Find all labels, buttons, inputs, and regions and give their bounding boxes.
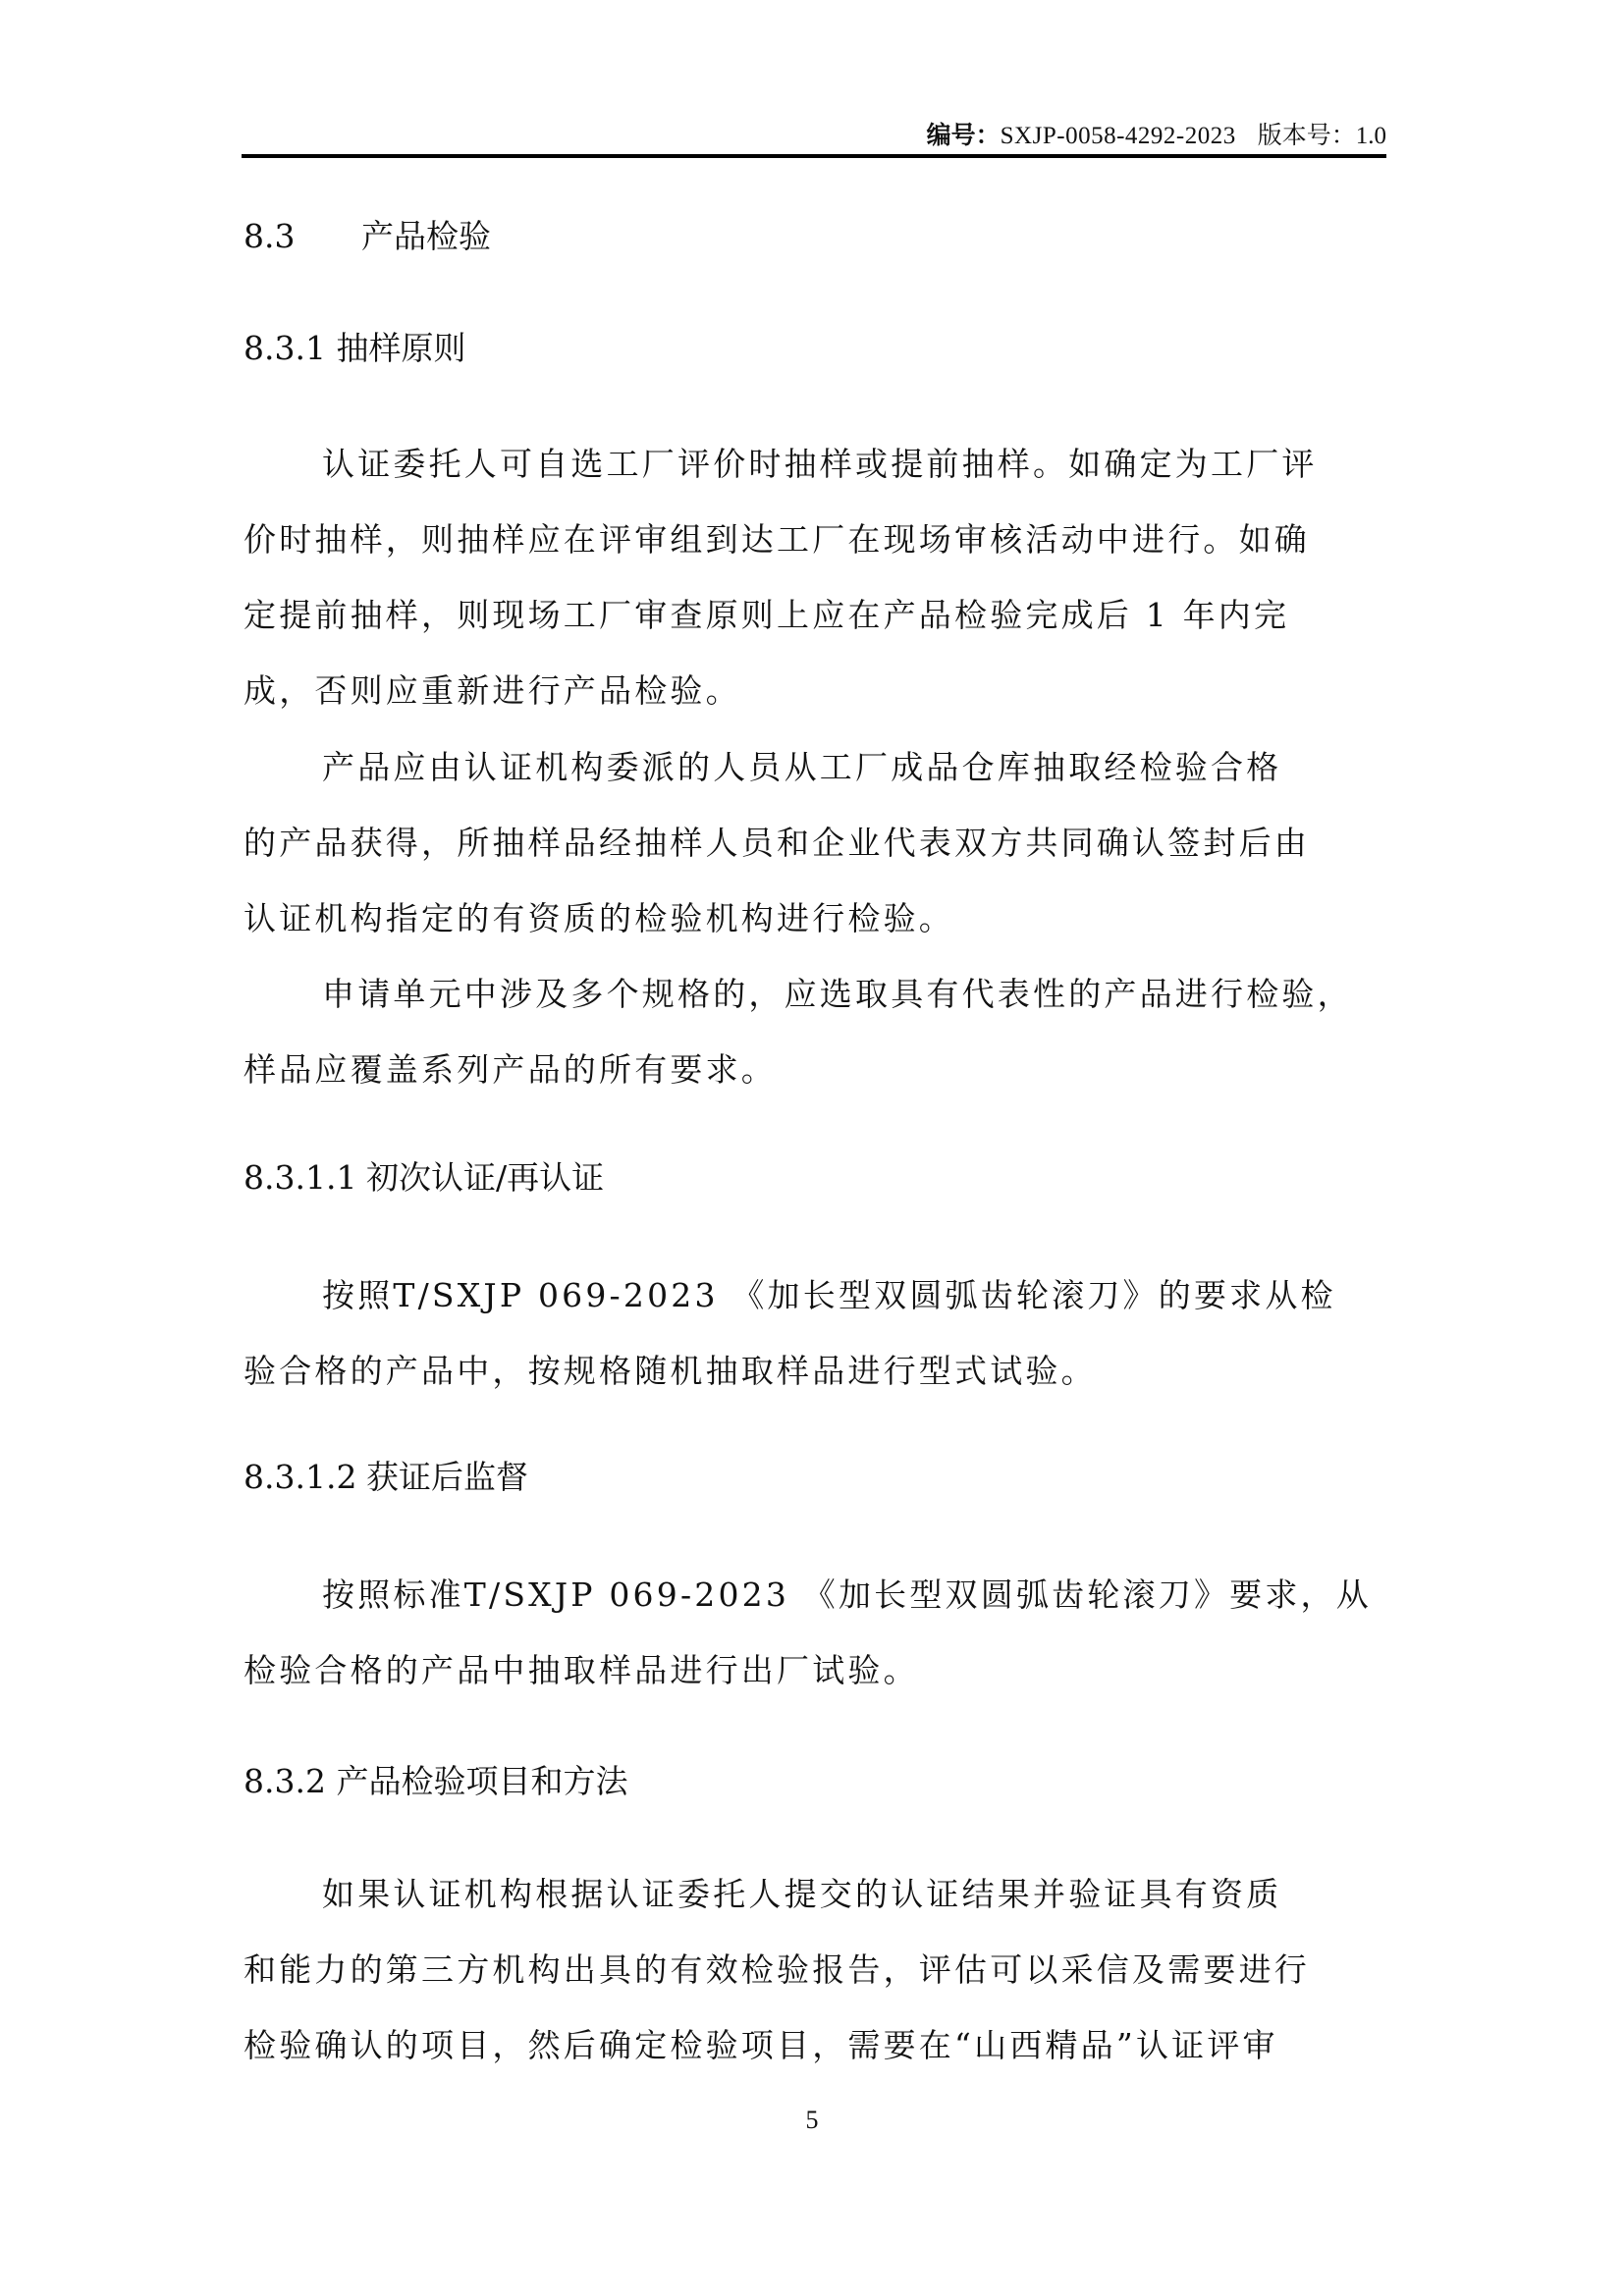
- paragraph-inspection-items: 如果认证机构根据认证委托人提交的认证结果并验证具有资质 和能力的第三方机构出具的…: [244, 1870, 1387, 2070]
- section-number: 8.3.2: [244, 1762, 326, 1800]
- section-title: 产品检验项目和方法: [336, 1762, 627, 1800]
- section-heading-8-3-1-1: 8.3.1.1初次认证/再认证: [244, 1153, 604, 1202]
- text-line: 按照标准T/SXJP 069-2023 《加长型双圆弧齿轮滚刀》要求，从: [244, 1571, 1387, 1620]
- page-header: 编号：SXJP-0058-4292-2023版本号：1.0: [242, 116, 1386, 155]
- version-label: 版本号：: [1258, 121, 1356, 149]
- paragraph-initial-certification: 按照T/SXJP 069-2023 《加长型双圆弧齿轮滚刀》的要求从检 验合格的…: [244, 1271, 1387, 1396]
- text-line: 定提前抽样，则现场工厂审查原则上应在产品检验完成后 1 年内完: [244, 591, 1387, 640]
- text-line: 和能力的第三方机构出具的有效检验报告，评估可以采信及需要进行: [244, 1946, 1387, 1995]
- page-number: 5: [0, 2101, 1624, 2140]
- text-line: 样品应覆盖系列产品的所有要求。: [244, 1045, 1387, 1095]
- text-line: 检验确认的项目，然后确定检验项目，需要在“山西精品”认证评审: [244, 2021, 1387, 2070]
- section-title: 产品检验: [361, 217, 491, 255]
- text-line: 价时抽样，则抽样应在评审组到达工厂在现场审核活动中进行。如确: [244, 515, 1387, 564]
- text-line: 的产品获得，所抽样品经抽样人员和企业代表双方共同确认签封后由: [244, 819, 1387, 868]
- paragraph-sampling-source: 产品应由认证机构委派的人员从工厂成品仓库抽取经检验合格 的产品获得，所抽样品经抽…: [244, 743, 1387, 943]
- text-line: 产品应由认证机构委派的人员从工厂成品仓库抽取经检验合格: [244, 743, 1387, 792]
- section-number: 8.3.1: [244, 329, 326, 367]
- text-line: 成，否则应重新进行产品检验。: [244, 667, 1387, 716]
- paragraph-post-certification-supervision: 按照标准T/SXJP 069-2023 《加长型双圆弧齿轮滚刀》要求，从 检验合…: [244, 1571, 1387, 1695]
- section-number: 8.3.1.1: [244, 1153, 366, 1202]
- text-line: 验合格的产品中，按规格随机抽取样品进行型式试验。: [244, 1347, 1387, 1396]
- text-line: 如果认证机构根据认证委托人提交的认证结果并验证具有资质: [244, 1870, 1387, 1919]
- section-heading-8-3-1-2: 8.3.1.2获证后监督: [244, 1453, 528, 1502]
- section-number: 8.3.1.2: [244, 1453, 366, 1502]
- document-code-label: 编号：: [927, 121, 1001, 149]
- section-number: 8.3: [244, 212, 361, 261]
- paragraph-sampling-timing: 认证委托人可自选工厂评价时抽样或提前抽样。如确定为工厂评 价时抽样，则抽样应在评…: [244, 440, 1387, 716]
- text-line: 认证机构指定的有资质的检验机构进行检验。: [244, 894, 1387, 943]
- text-line: 按照T/SXJP 069-2023 《加长型双圆弧齿轮滚刀》的要求从检: [244, 1271, 1387, 1320]
- text-line: 申请单元中涉及多个规格的，应选取具有代表性的产品进行检验，: [244, 970, 1387, 1019]
- section-title: 初次认证/再认证: [366, 1158, 604, 1197]
- section-heading-8-3-1: 8.3.1 抽样原则: [244, 324, 465, 373]
- text-line: 认证委托人可自选工厂评价时抽样或提前抽样。如确定为工厂评: [244, 440, 1387, 489]
- header-divider: [242, 154, 1386, 158]
- document-code: SXJP-0058-4292-2023: [1001, 123, 1236, 149]
- section-heading-8-3-2: 8.3.2 产品检验项目和方法: [244, 1757, 627, 1806]
- section-title: 获证后监督: [366, 1458, 528, 1496]
- text-line: 检验合格的产品中抽取样品进行出厂试验。: [244, 1646, 1387, 1695]
- section-heading-8-3: 8.3产品检验: [244, 212, 491, 261]
- section-title: 抽样原则: [336, 329, 465, 367]
- paragraph-representative-samples: 申请单元中涉及多个规格的，应选取具有代表性的产品进行检验， 样品应覆盖系列产品的…: [244, 970, 1387, 1095]
- version-number: 1.0: [1356, 123, 1386, 149]
